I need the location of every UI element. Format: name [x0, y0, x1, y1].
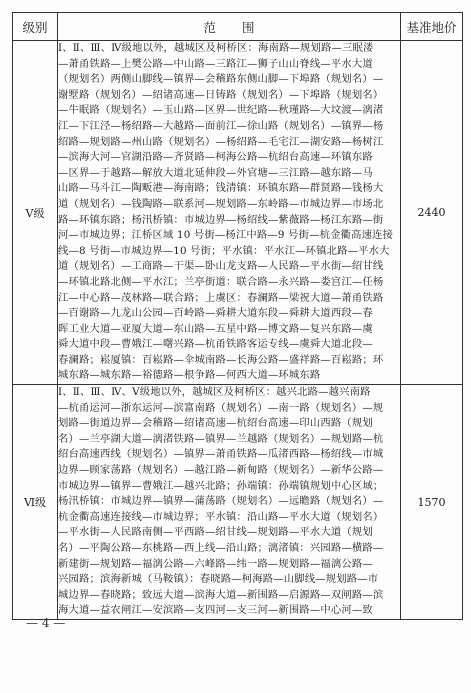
range-text-line: 绍路—规划路—州山路（规划名）—杨绍路—毛宅江—湖安路—杨树江 — [58, 135, 400, 151]
document-page: 级别 范围 基准地价 V级Ⅰ、Ⅱ、Ⅲ、Ⅳ级地以外，越城区及柯桥区：海南路—规划路… — [0, 0, 471, 693]
range-cell: Ⅰ、Ⅱ、Ⅲ、Ⅳ级地以外，越城区及柯桥区：海南路—规划路—三眠溇—萧甬铁路—上樊公… — [58, 41, 401, 385]
range-text-line: 路—环镇东路；杨汛桥镇：市城边界—杨绍线—紫薇路—杨江东路—街 — [58, 213, 400, 229]
range-text-line: 线—8 号街—市城边界—10 号街；平水镇：平水江—环镇北路—平水大 — [58, 244, 400, 260]
base-price-cell: 2440 — [401, 41, 463, 385]
range-text-line: 绍台高速西线（规划名）—镇界—萧甬铁路—瓜渚西路—杨绍线—市城 — [58, 447, 400, 463]
range-text-line: 晖工业大道—亚厦大道—东山路—五星中路—博文路—复兴东路—虞 — [58, 322, 400, 338]
table-row: V级Ⅰ、Ⅱ、Ⅲ、Ⅳ级地以外，越城区及柯桥区：海南路—规划路—三眠溇—萧甬铁路—上… — [13, 41, 463, 385]
range-text-line: —环镇北路北侧—平水江；兰亭街道：联合路—永兴路—娄宫江—任杨 — [58, 275, 400, 291]
range-text-line: 城东路—城东路—裕德路—根争路—何西大道—环城东路 — [58, 368, 400, 384]
range-text-line: —滨海大河—官湖沿路—齐贤路—柯海公路—杭绍台高速—环镇东路 — [58, 150, 400, 166]
range-text-line: 杨汛桥镇：市城边界—镇界—蒲荡路（规划名）—远瞻路（规划名）— — [58, 494, 400, 510]
range-text-line: 春澜路；崧厦镇：百崧路—伞城南路—长海公路—盛祥路—百崧路；环 — [58, 353, 400, 369]
range-text-line: 江—中心路—茂林路—联合路；上虞区：春澜路—梁祝大道—萧甬铁路 — [58, 291, 400, 307]
range-text-line: 山路—马斗江—陶畈港—海南路；钱清镇：环镇东路—群贤路—钱杨大 — [58, 181, 400, 197]
range-text-line: 杭金衢高速连接线—市城边界；平水镇：沿山路—平水大道（规划名） — [58, 510, 400, 526]
range-text-line: 海大道—益农闸江—安滨路—支四河—支三河—新围路—中心河—致 — [58, 603, 400, 619]
range-text-line: Ⅰ、Ⅱ、Ⅲ、Ⅳ级地以外，越城区及柯桥区：海南路—规划路—三眠溇 — [58, 41, 400, 57]
range-text-line: 江—下江泾—杨绍路—大越路—面前江—徐山路（规划名）—镇界—杨 — [58, 119, 400, 135]
header-price: 基准地价 — [401, 13, 463, 41]
table-row: Ⅵ级Ⅰ、Ⅱ、Ⅲ、Ⅳ、Ⅴ级地以外，越城区及柯桥区：越兴北路—越兴南路—杭甬运河—浙… — [13, 385, 463, 620]
header-level: 级别 — [13, 13, 58, 41]
range-text-line: 兴园路；滨海新城（马鞍镇）：春晓路—柯海路—山脚线—规划路—市 — [58, 572, 400, 588]
range-text-line: 名）—平陶公路—东桃路—西上线—沿山路；漓渚镇：兴园路—横路— — [58, 541, 400, 557]
range-text-line: （规划名）两侧山脚线—镇界—会稽路东侧山脚—下埠路（规划名）— — [58, 72, 400, 88]
range-text-line: —百谢路—九龙山公园—百岭路—舜耕大道东段—舜耕大道西段—春 — [58, 306, 400, 322]
range-text-line: 道（规划名）—工商路—干渠—卧山龙支路—人民路—平水街—绍甘线 — [58, 259, 400, 275]
range-text-line: 边界—顾家荡路（规划名）—越江路—新甸路（规划名）—新华公路— — [58, 463, 400, 479]
range-text-line: Ⅰ、Ⅱ、Ⅲ、Ⅳ、Ⅴ级地以外，越城区及柯桥区：越兴北路—越兴南路 — [58, 385, 400, 401]
range-text-line: —杭甬运河—浙东运河—滨富南路（规划名）—南一路（规划名）—规 — [58, 401, 400, 417]
range-cell: Ⅰ、Ⅱ、Ⅲ、Ⅳ、Ⅴ级地以外，越城区及柯桥区：越兴北路—越兴南路—杭甬运河—浙东运… — [58, 385, 401, 620]
range-text-line: 划路—街道边界—会稽路—绍诸高速—杭绍台高速—印山西路（规划 — [58, 416, 400, 432]
range-text-line: 河—市城边界；江桥区域 10 号街—杨江中路—9 号街—杭金衢高速连接 — [58, 228, 400, 244]
range-text-line: 名）—兰亭湖大道—漓渚铁路—镇界—兰越路（规划名）—规划路—杭 — [58, 432, 400, 448]
range-text-line: 舜大道中段—曹娥江—曙兴路—杭甬铁路客运专线—虞舜大道北段— — [58, 337, 400, 353]
range-text-line: —牛眠路（规划名）—玉山路—区界—世纪路—秋瑾路—大坟渡—漓渚 — [58, 103, 400, 119]
header-range: 范围 — [58, 13, 401, 41]
range-text-line: 新建街—规划路—福漓公路—六峰路—纬一路—规划路—福漓公路— — [58, 557, 400, 573]
range-text-line: 谢墅路（规划名）—绍诸高速—日铸路（规划名）—下埠路（规划名） — [58, 88, 400, 104]
range-text-line: 城边界—春晓路；致远大道—滨海大道—新围路—启源路—双闸路—滨 — [58, 588, 400, 604]
range-text-line: —平水街—人民路南侧—平西路—绍甘线—规划路—平水大道（规划 — [58, 525, 400, 541]
level-cell: V级 — [13, 41, 58, 385]
range-text-line: 道（规划名）—钱陶路—联系河—规划路—东岭路—市城边界—市场北 — [58, 197, 400, 213]
table-header-row: 级别 范围 基准地价 — [13, 13, 463, 41]
level-cell: Ⅵ级 — [13, 385, 58, 620]
base-price-cell: 1570 — [401, 385, 463, 620]
range-text-line: —区界—于越路—解放大道北延伸段—外官塘—三江路—越东路—马 — [58, 166, 400, 182]
land-price-table: 级别 范围 基准地价 V级Ⅰ、Ⅱ、Ⅲ、Ⅳ级地以外，越城区及柯桥区：海南路—规划路… — [12, 12, 463, 620]
range-text-line: 市城边界—镇界—曹娥江—越兴北路；孙端镇：孙端镇规划中心区域； — [58, 479, 400, 495]
range-text-line: —萧甬铁路—上樊公路—中山路—三路江—狮子山山脊线—平水大道 — [58, 57, 400, 73]
page-number: — 4 — — [26, 616, 65, 630]
